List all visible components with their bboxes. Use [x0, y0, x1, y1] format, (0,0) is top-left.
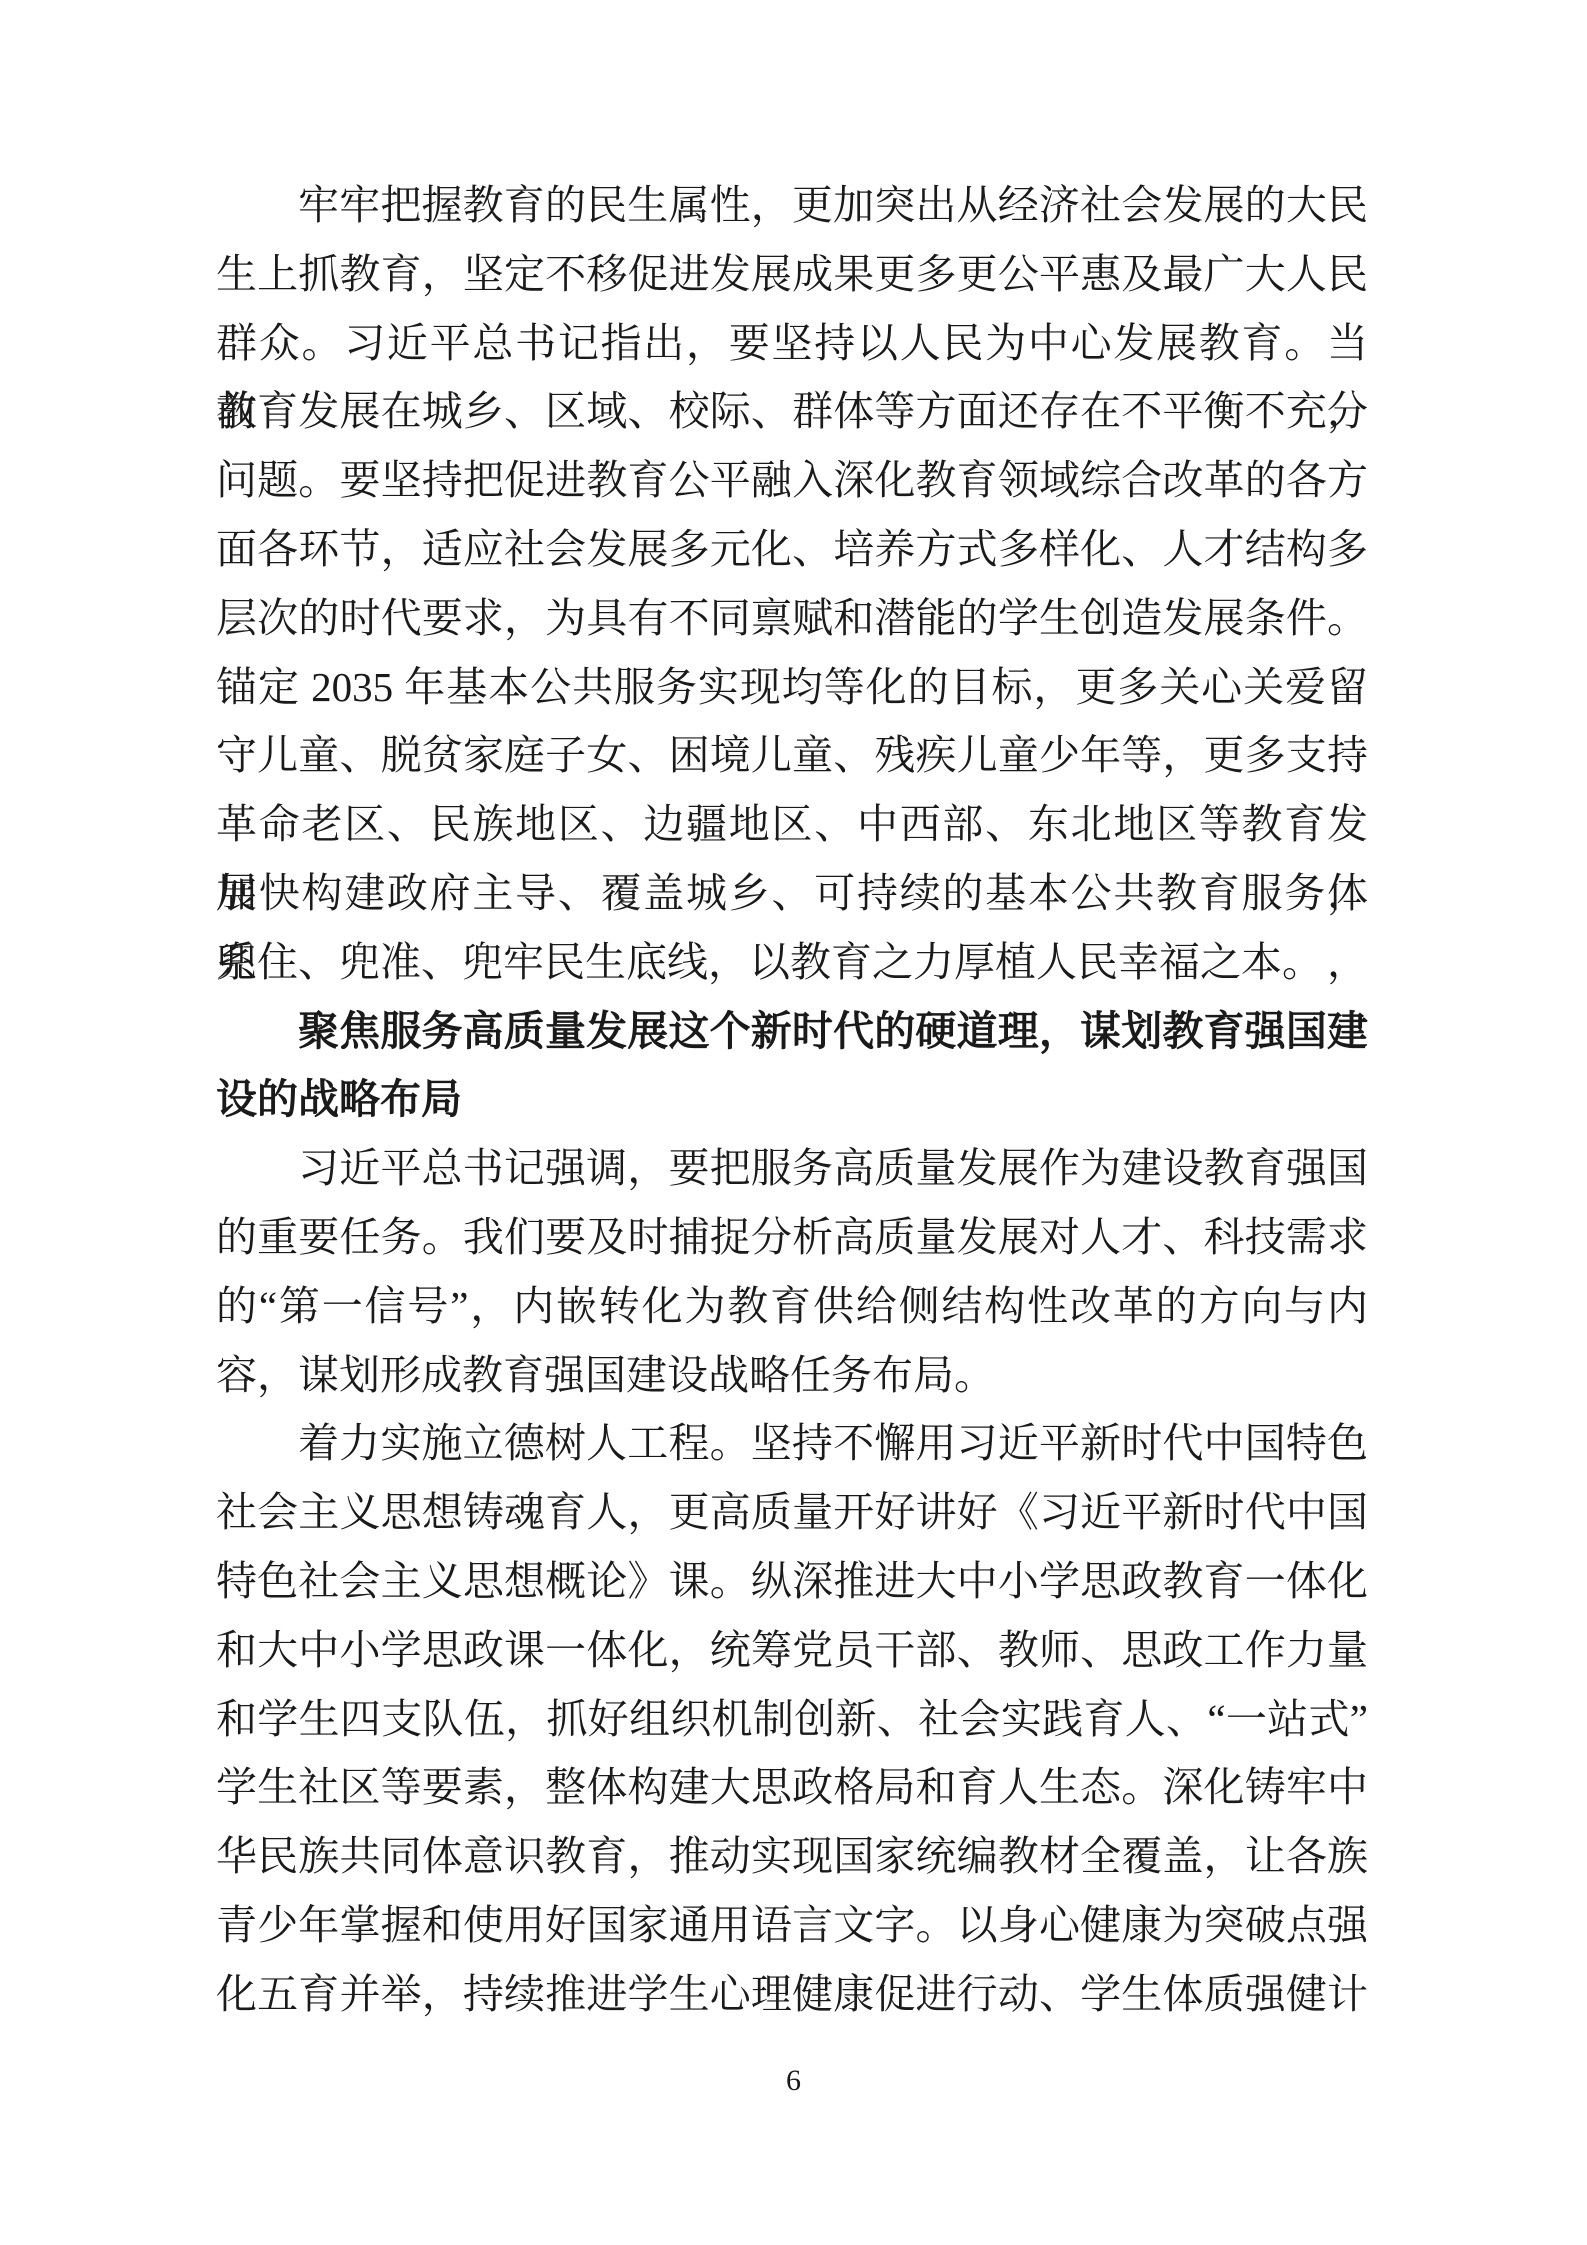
section-heading-line: 设的战略布局 — [216, 1065, 1368, 1134]
page-number: 6 — [0, 2063, 1587, 2099]
paragraph-line: 的“第一信号”，内嵌转化为教育供给侧结构性改革的方向与内 — [216, 1272, 1368, 1341]
paragraph-line: 青少年掌握和使用好国家通用语言文字。以身心健康为突破点强 — [216, 1891, 1368, 1960]
paragraph-line: 华民族共同体意识教育，推动实现国家统编教材全覆盖，让各族 — [216, 1822, 1368, 1891]
paragraph-line: 面各环节，适应社会发展多元化、培养方式多样化、人才结构多 — [216, 515, 1368, 584]
paragraph-line: 群众。习近平总书记指出，要坚持以人民为中心发展教育。当前， — [216, 309, 1368, 378]
paragraph-line: 和学生四支队伍，抓好组织机制创新、社会实践育人、“一站式” — [216, 1685, 1368, 1754]
paragraph-line: 锚定 2035 年基本公共服务实现均等化的目标，更多关心关爱留 — [216, 653, 1368, 722]
paragraph-line: 特色社会主义思想概论》课。纵深推进大中小学思政教育一体化 — [216, 1547, 1368, 1616]
paragraph-line: 习近平总书记强调，要把服务高质量发展作为建设教育强国 — [216, 1134, 1368, 1203]
paragraph-line: 学生社区等要素，整体构建大思政格局和育人生态。深化铸牢中 — [216, 1753, 1368, 1822]
paragraph-line: 层次的时代要求，为具有不同禀赋和潜能的学生创造发展条件。 — [216, 584, 1368, 653]
paragraph-line: 守儿童、脱贫家庭子女、困境儿童、残疾儿童少年等，更多支持 — [216, 721, 1368, 790]
paragraph-line: 教育发展在城乡、区域、校际、群体等方面还存在不平衡不充分 — [216, 377, 1368, 446]
paragraph-line: 化五育并举，持续推进学生心理健康促进行动、学生体质强健计 — [216, 1960, 1368, 2029]
paragraph-line: 的重要任务。我们要及时捕捉分析高质量发展对人才、科技需求 — [216, 1203, 1368, 1272]
paragraph-line: 生上抓教育，坚定不移促进发展成果更多更公平惠及最广大人民 — [216, 240, 1368, 309]
paragraph-line: 加快构建政府主导、覆盖城乡、可持续的基本公共教育服务体系， — [216, 859, 1368, 928]
document-page: 牢牢把握教育的民生属性，更加突出从经济社会发展的大民 生上抓教育，坚定不移促进发… — [0, 0, 1587, 2245]
document-body: 牢牢把握教育的民生属性，更加突出从经济社会发展的大民 生上抓教育，坚定不移促进发… — [216, 171, 1368, 2029]
paragraph-line: 革命老区、民族地区、边疆地区、中西部、东北地区等教育发展， — [216, 790, 1368, 859]
paragraph-line: 着力实施立德树人工程。坚持不懈用习近平新时代中国特色 — [216, 1409, 1368, 1478]
paragraph-line: 容，谋划形成教育强国建设战略任务布局。 — [216, 1341, 1368, 1410]
paragraph-line: 社会主义思想铸魂育人，更高质量开好讲好《习近平新时代中国 — [216, 1478, 1368, 1547]
paragraph-line: 牢牢把握教育的民生属性，更加突出从经济社会发展的大民 — [216, 171, 1368, 240]
paragraph-line: 兜住、兜准、兜牢民生底线，以教育之力厚植人民幸福之本。 — [216, 928, 1368, 997]
section-heading-line: 聚焦服务高质量发展这个新时代的硬道理，谋划教育强国建 — [216, 997, 1368, 1066]
paragraph-line: 问题。要坚持把促进教育公平融入深化教育领域综合改革的各方 — [216, 446, 1368, 515]
paragraph-line: 和大中小学思政课一体化，统筹党员干部、教师、思政工作力量 — [216, 1616, 1368, 1685]
